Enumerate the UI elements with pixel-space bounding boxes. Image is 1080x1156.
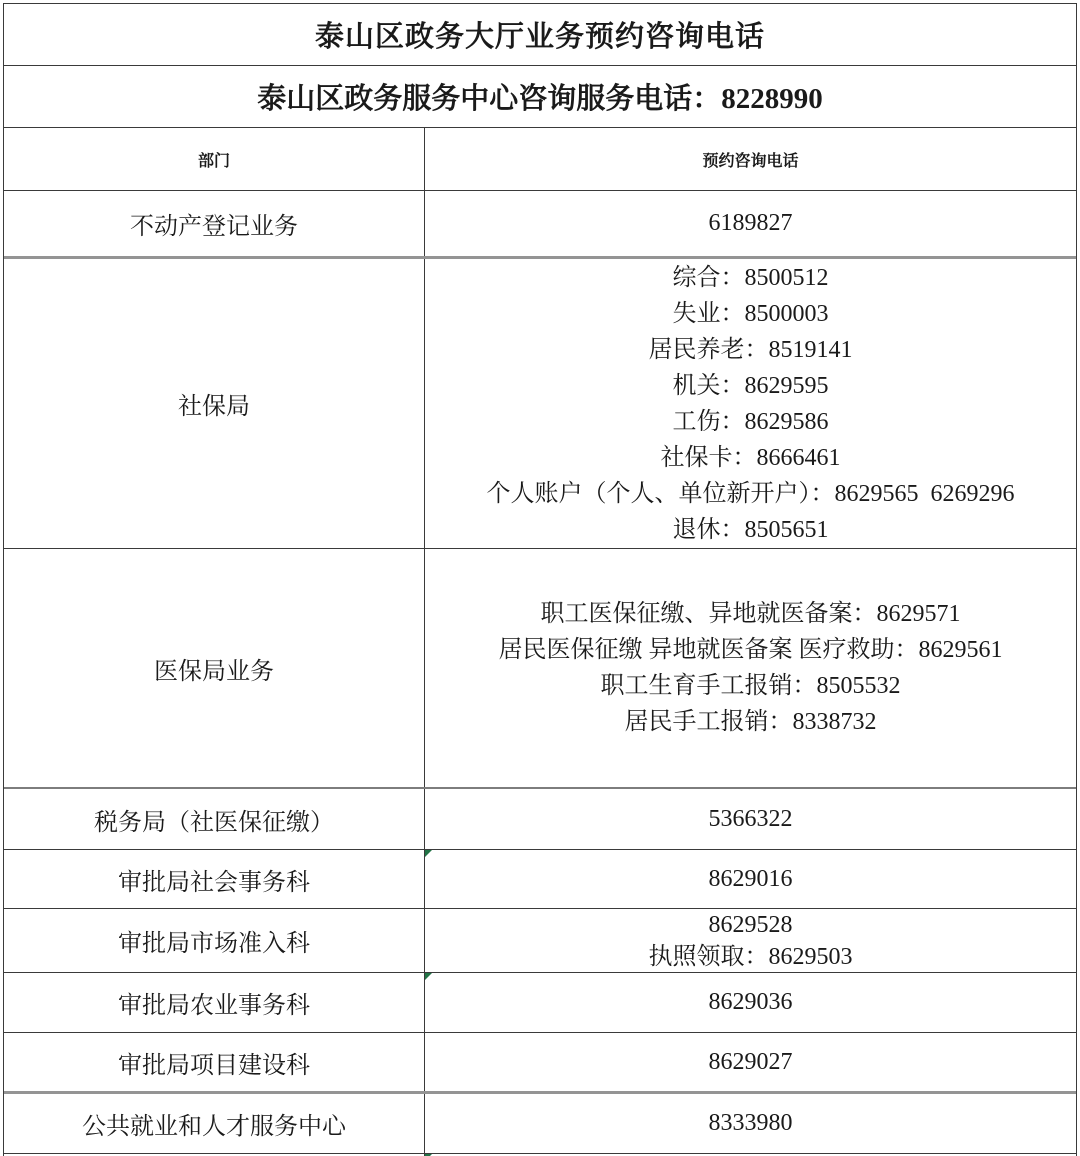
number-stored-as-text-indicator-icon	[425, 850, 432, 857]
service-center-phone: 泰山区政务服务中心咨询服务电话：8228990	[4, 66, 1076, 127]
table-title-row: 泰山区政务大厅业务预约咨询电话	[4, 4, 1076, 66]
phone-cell: 8333980	[424, 1094, 1076, 1153]
table-row: 公共就业和人才服务中心 8333980	[4, 1094, 1076, 1154]
column-header-phone: 预约咨询电话	[424, 128, 1076, 190]
dept-cell: 审批局农业事务科	[4, 973, 424, 1032]
table-row: 审批局社会事务科 8629016	[4, 850, 1076, 909]
phone-value: 8629036	[709, 989, 793, 1016]
dept-cell: 审批局社会事务科	[4, 850, 424, 908]
dept-cell: 审批局项目建设科	[4, 1033, 424, 1091]
table-row: 审批局市场准入科 8629528 执照领取：8629503	[4, 909, 1076, 973]
phone-cell: 综合：8500512 失业：8500003 居民养老：8519141 机关：86…	[424, 259, 1076, 548]
table-row: 不动产登记业务 6189827	[4, 191, 1076, 259]
dept-cell: 社保局	[4, 259, 424, 548]
table-header-row: 部门 预约咨询电话	[4, 128, 1076, 191]
phone-cell: 8629016	[424, 850, 1076, 908]
dept-cell: 医保局业务	[4, 549, 424, 787]
phone-directory-table: 泰山区政务大厅业务预约咨询电话 泰山区政务服务中心咨询服务电话：8228990 …	[3, 3, 1077, 1156]
phone-cell: 5366322	[424, 789, 1076, 849]
dept-cell: 审批局市场准入科	[4, 909, 424, 972]
table-row: 审批局项目建设科 8629027	[4, 1033, 1076, 1094]
phone-cell: 职工医保征缴、异地就医备案：8629571 居民医保征缴 异地就医备案 医疗救助…	[424, 549, 1076, 787]
table-row: 医保局业务 职工医保征缴、异地就医备案：8629571 居民医保征缴 异地就医备…	[4, 549, 1076, 789]
dept-cell: 公共就业和人才服务中心	[4, 1094, 424, 1153]
dept-cell: 税务局（社医保征缴）	[4, 789, 424, 849]
column-header-dept: 部门	[4, 128, 424, 190]
number-stored-as-text-indicator-icon	[425, 973, 432, 980]
table-row: 税务局（社医保征缴） 5366322	[4, 789, 1076, 850]
phone-value: 8629016	[709, 866, 793, 893]
phone-cell: 8629036	[424, 973, 1076, 1032]
phone-cell: 8629027	[424, 1033, 1076, 1091]
page-title: 泰山区政务大厅业务预约咨询电话	[4, 4, 1076, 65]
table-row: 审批局农业事务科 8629036	[4, 973, 1076, 1033]
phone-cell: 8629528 执照领取：8629503	[424, 909, 1076, 972]
phone-cell: 6189827	[424, 191, 1076, 256]
table-row: 社保局 综合：8500512 失业：8500003 居民养老：8519141 机…	[4, 259, 1076, 549]
table-subtitle-row: 泰山区政务服务中心咨询服务电话：8228990	[4, 66, 1076, 128]
dept-cell: 不动产登记业务	[4, 191, 424, 256]
